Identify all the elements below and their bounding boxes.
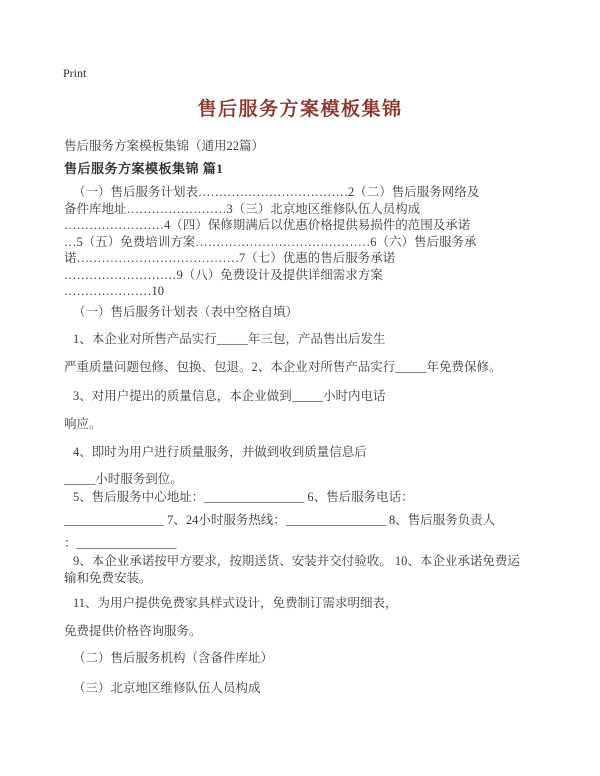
document-subtitle: 售后服务方案模板集锦（通用22篇） (64, 136, 264, 154)
toc-line: …5（五）免费培训方案……………………………………6（六）售后服务承 (64, 234, 542, 251)
toc-line: 诺…………………………………7（七）优惠的售后服务承诺 (64, 250, 542, 267)
paragraph: 5、售后服务中心地址：________________ 6、售后服务电话： (64, 489, 542, 505)
toc-line: …………………10 (64, 283, 542, 300)
toc-line: ………………………9（八）免费设计及提供详细需求方案 (64, 267, 542, 284)
print-button[interactable]: Print (63, 66, 86, 81)
paragraph: 9、本企业承诺按甲方要求，按期送货、安装并交付验收。 10、本企业承诺免费运 (64, 553, 542, 569)
paragraph: 响应。 (64, 416, 542, 432)
paragraph: 11、为用户提供免费家具样式设计，免费制订需求明细表， (64, 595, 542, 611)
toc-line: 备件库地址……………………3（三）北京地区维修队伍人员构成 (64, 201, 542, 218)
paragraph: ：________________ (64, 535, 542, 551)
paragraph: 输和免费安装。 (64, 570, 542, 586)
paragraph: 严重质量问题包修、包换、包退。2、本企业对所售产品实行_____年免费保修。 (64, 359, 542, 375)
paragraph: （一）售后服务计划表（表中空格自填） (64, 304, 542, 320)
toc-line: （一）售后服务计划表………………………………2（二）售后服务网络及 (64, 184, 542, 201)
paragraph: 3、对用户提出的质量信息，本企业做到_____小时内电话 (64, 388, 542, 404)
table-of-contents: （一）售后服务计划表………………………………2（二）售后服务网络及 备件库地址…… (64, 184, 542, 300)
document-page: Print 售后服务方案模板集锦 售后服务方案模板集锦（通用22篇） 售后服务方… (0, 0, 600, 776)
document-title: 售后服务方案模板集锦 (0, 94, 600, 121)
paragraph: 1、本企业对所售产品实行_____年三包，产品售出后发生 (64, 331, 542, 347)
section-1-heading: 售后服务方案模板集锦 篇1 (64, 158, 223, 177)
paragraph: 免费提供价格咨询服务。 (64, 623, 542, 639)
paragraph: 4、即时为用户进行质量服务，并做到收到质量信息后 (64, 444, 542, 460)
subsection-2-heading: （二）售后服务机构（含备件库址） (64, 650, 542, 666)
subsection-3-heading: （三）北京地区维修队伍人员构成 (64, 680, 542, 696)
paragraph: ________________ 7、24小时服务热线：____________… (64, 512, 542, 528)
paragraph: _____小时服务到位。 (64, 471, 542, 487)
toc-line: ……………………4（四）保修期满后以优惠价格提供易损件的范围及承诺 (64, 217, 542, 234)
